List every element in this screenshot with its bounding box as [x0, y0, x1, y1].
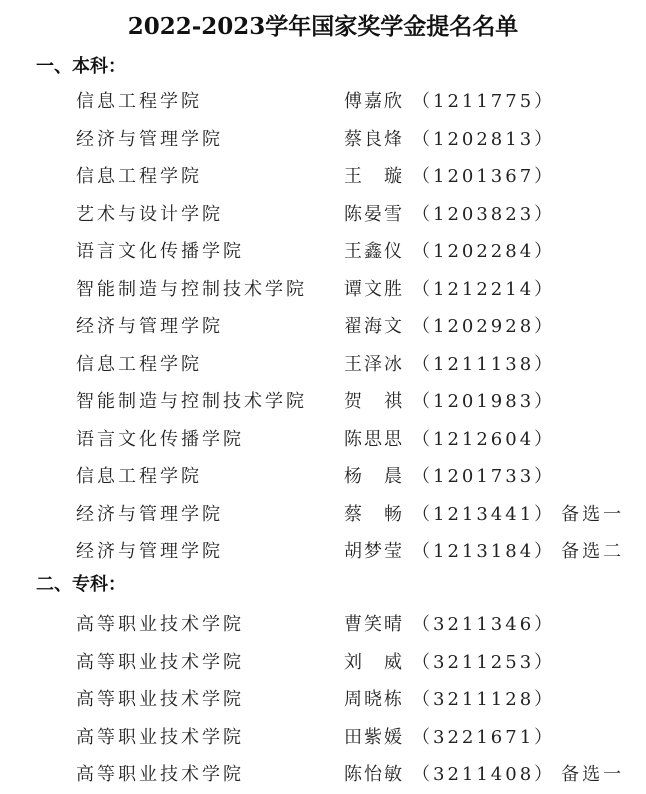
- college-name: 高等职业技术学院: [76, 610, 244, 636]
- student-name: 刘 威: [344, 648, 412, 674]
- student-name: 陈思思: [344, 425, 412, 451]
- list-item: 信息工程学院杨 晨（1201733）: [76, 462, 636, 492]
- student-name: 蔡良烽: [344, 125, 412, 151]
- student-id: （1203823）: [412, 204, 555, 225]
- list-item: 智能制造与控制技术学院谭文胜（1212214）: [76, 275, 636, 305]
- list-item: 信息工程学院王泽冰（1211138）: [76, 350, 636, 380]
- list-item: 经济与管理学院胡梦莹（1213184）备选二: [76, 537, 636, 567]
- college-name: 语言文化传播学院: [76, 425, 244, 451]
- student-id: （3211128）: [412, 689, 555, 710]
- student-id: （3211346）: [412, 614, 555, 635]
- student-name: 王泽冰: [344, 350, 412, 376]
- student-id: （1213441）: [412, 504, 555, 525]
- student-info: 刘 威（3211253）: [344, 648, 561, 674]
- student-id: （1202284）: [412, 241, 555, 262]
- college-name: 语言文化传播学院: [76, 237, 244, 263]
- student-info: 贺 祺（1201983）: [344, 387, 561, 413]
- student-id: （1212604）: [412, 429, 555, 450]
- list-item: 高等职业技术学院刘 威（3211253）: [76, 648, 636, 678]
- list-item: 高等职业技术学院曹笑晴（3211346）: [76, 610, 636, 640]
- student-info: 蔡良烽（1202813）: [344, 125, 561, 151]
- college-name: 经济与管理学院: [76, 312, 223, 338]
- list-item: 高等职业技术学院陈怡敏（3211408）备选一: [76, 760, 636, 790]
- student-name: 周晓栋: [344, 685, 412, 711]
- student-info: 王鑫仪（1202284）: [344, 237, 561, 263]
- student-info: 田紫媛（3221671）: [344, 723, 561, 749]
- list-item: 信息工程学院王 璇（1201367）: [76, 162, 636, 192]
- student-name: 曹笑晴: [344, 610, 412, 636]
- student-id: （1202813）: [412, 129, 555, 150]
- student-id: （3221671）: [412, 727, 555, 748]
- list-item: 语言文化传播学院王鑫仪（1202284）: [76, 237, 636, 267]
- college-name: 经济与管理学院: [76, 500, 223, 526]
- alternate-note: 备选一: [561, 504, 624, 525]
- student-info: 陈晏雪（1203823）: [344, 200, 561, 226]
- student-id: （1211775）: [412, 91, 555, 112]
- student-id: （3211253）: [412, 652, 555, 673]
- college-name: 艺术与设计学院: [76, 200, 223, 226]
- list-item: 信息工程学院傅嘉欣（1211775）: [76, 87, 636, 117]
- student-name: 谭文胜: [344, 275, 412, 301]
- student-name: 王 璇: [344, 162, 412, 188]
- list-item: 经济与管理学院蔡 畅（1213441）备选一: [76, 500, 636, 530]
- student-name: 陈晏雪: [344, 200, 412, 226]
- student-info: 杨 晨（1201733）: [344, 462, 561, 488]
- student-name: 胡梦莹: [344, 537, 412, 563]
- student-name: 王鑫仪: [344, 237, 412, 263]
- college-name: 智能制造与控制技术学院: [76, 387, 307, 413]
- college-name: 高等职业技术学院: [76, 723, 244, 749]
- student-name: 田紫媛: [344, 723, 412, 749]
- student-info: 傅嘉欣（1211775）: [344, 87, 561, 113]
- student-info: 翟海文（1202928）: [344, 312, 561, 338]
- student-name: 陈怡敏: [344, 760, 412, 786]
- student-info: 曹笑晴（3211346）: [344, 610, 561, 636]
- student-name: 贺 祺: [344, 387, 412, 413]
- list-item: 经济与管理学院蔡良烽（1202813）: [76, 125, 636, 155]
- alternate-note: 备选二: [561, 541, 624, 562]
- student-name: 杨 晨: [344, 462, 412, 488]
- student-id: （1201733）: [412, 466, 555, 487]
- student-name: 翟海文: [344, 312, 412, 338]
- list-item: 智能制造与控制技术学院贺 祺（1201983）: [76, 387, 636, 417]
- student-info: 王 璇（1201367）: [344, 162, 561, 188]
- list-item: 语言文化传播学院陈思思（1212604）: [76, 425, 636, 455]
- student-id: （1211138）: [412, 354, 555, 375]
- student-name: 蔡 畅: [344, 500, 412, 526]
- college-name: 信息工程学院: [76, 162, 202, 188]
- alternate-note: 备选一: [561, 764, 624, 785]
- student-id: （3211408）: [412, 764, 555, 785]
- student-id: （1212214）: [412, 279, 555, 300]
- student-info: 周晓栋（3211128）: [344, 685, 561, 711]
- student-id: （1202928）: [412, 316, 555, 337]
- student-info: 谭文胜（1212214）: [344, 275, 561, 301]
- student-info: 蔡 畅（1213441）备选一: [344, 500, 624, 526]
- college-name: 经济与管理学院: [76, 125, 223, 151]
- college-name: 高等职业技术学院: [76, 760, 244, 786]
- student-id: （1201367）: [412, 166, 555, 187]
- student-id: （1213184）: [412, 541, 555, 562]
- college-name: 信息工程学院: [76, 462, 202, 488]
- list-item: 高等职业技术学院田紫媛（3221671）: [76, 723, 636, 753]
- list-item: 高等职业技术学院周晓栋（3211128）: [76, 685, 636, 715]
- student-id: （1201983）: [412, 391, 555, 412]
- list-item: 经济与管理学院翟海文（1202928）: [76, 312, 636, 342]
- college-name: 信息工程学院: [76, 87, 202, 113]
- section-heading: 二、专科：: [36, 570, 126, 596]
- page-title: 2022-2023学年国家奖学金提名名单: [0, 8, 646, 41]
- section-heading: 一、本科：: [36, 52, 126, 78]
- student-name: 傅嘉欣: [344, 87, 412, 113]
- college-name: 智能制造与控制技术学院: [76, 275, 307, 301]
- college-name: 高等职业技术学院: [76, 648, 244, 674]
- list-item: 艺术与设计学院陈晏雪（1203823）: [76, 200, 636, 230]
- student-info: 胡梦莹（1213184）备选二: [344, 537, 624, 563]
- student-info: 王泽冰（1211138）: [344, 350, 561, 376]
- college-name: 高等职业技术学院: [76, 685, 244, 711]
- student-info: 陈思思（1212604）: [344, 425, 561, 451]
- student-info: 陈怡敏（3211408）备选一: [344, 760, 624, 786]
- college-name: 经济与管理学院: [76, 537, 223, 563]
- college-name: 信息工程学院: [76, 350, 202, 376]
